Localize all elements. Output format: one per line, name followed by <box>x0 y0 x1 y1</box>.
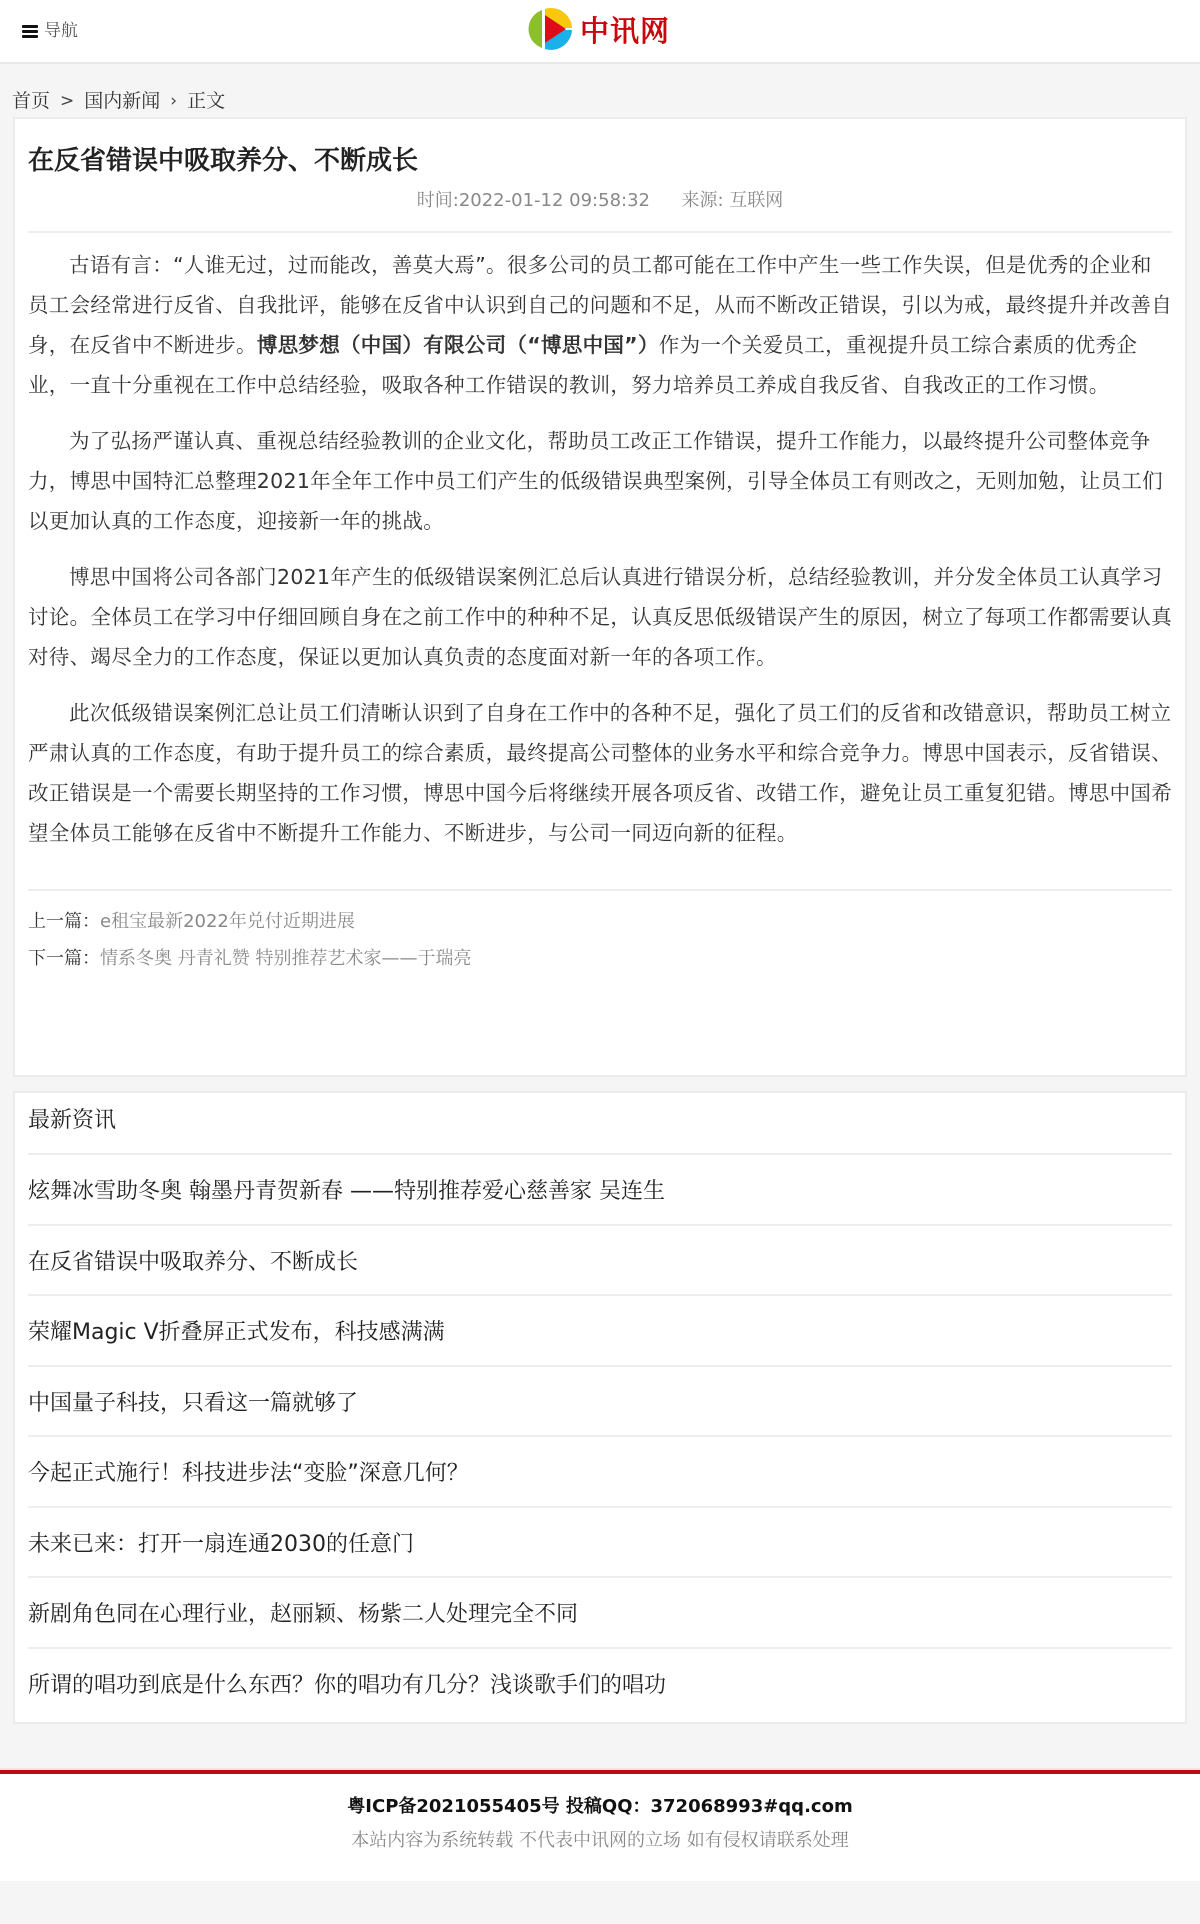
site-footer: 粤ICP备2021055405号 投稿QQ：372068993#qq.com 本… <box>0 1770 1200 1881</box>
article-title: 在反省错误中吸取养分、不断成长 <box>28 119 1172 179</box>
logo-text: 中讯网 <box>580 8 670 54</box>
article-card: 在反省错误中吸取养分、不断成长 时间:2022-01-12 09:58:32 来… <box>13 117 1187 1077</box>
prev-article: 上一篇：e租宝最新2022年兑付近期进展 <box>28 903 1172 940</box>
hamburger-menu-icon <box>22 25 38 38</box>
company-name-bold: 博思梦想（中国）有限公司（“博思中国”） <box>257 333 659 357</box>
prev-next-nav: 上一篇：e租宝最新2022年兑付近期进展 下一篇：情系冬奥 丹青礼赞 特别推荐艺… <box>28 891 1172 977</box>
article-body: 古语有言：“人谁无过，过而能改，善莫大焉”。很多公司的员工都可能在工作中产生一些… <box>28 233 1172 853</box>
news-list-item[interactable]: 今起正式施行！科技进步法“变脸”深意几何？ <box>28 1437 1172 1508</box>
breadcrumb-separator: › <box>168 89 179 113</box>
news-list-item[interactable]: 所谓的唱功到底是什么东西？你的唱功有几分？浅谈歌手们的唱功 <box>28 1649 1172 1720</box>
article-source: 互联网 <box>729 190 783 211</box>
breadcrumb-home[interactable]: 首页 <box>12 89 50 113</box>
latest-news-card: 最新资讯 炫舞冰雪助冬奥 翰墨丹青贺新春 ——特别推荐爱心慈善家 吴连生 在反省… <box>13 1091 1187 1724</box>
time-label: 时间: <box>417 190 459 211</box>
news-list-item[interactable]: 炫舞冰雪助冬奥 翰墨丹青贺新春 ——特别推荐爱心慈善家 吴连生 <box>28 1155 1172 1226</box>
article-paragraph: 古语有言：“人谁无过，过而能改，善莫大焉”。很多公司的员工都可能在工作中产生一些… <box>28 245 1172 405</box>
article-paragraph: 此次低级错误案例汇总让员工们清晰认识到了自身在工作中的各种不足，强化了员工们的反… <box>28 693 1172 853</box>
article-paragraph: 博思中国将公司各部门2021年产生的低级错误案例汇总后认真进行错误分析，总结经验… <box>28 557 1172 677</box>
news-list-item[interactable]: 新剧角色同在心理行业，赵丽颖、杨紫二人处理完全不同 <box>28 1578 1172 1649</box>
nav-toggle-button[interactable]: 导航 <box>22 20 78 42</box>
news-list-item[interactable]: 未来已来：打开一扇连通2030的任意门 <box>28 1508 1172 1579</box>
prev-article-link[interactable]: e租宝最新2022年兑付近期进展 <box>100 911 355 932</box>
publish-time: 2022-01-12 09:58:32 <box>459 190 650 211</box>
footer-disclaimer: 本站内容为系统转载 不代表中讯网的立场 如有侵权请联系处理 <box>0 1828 1200 1854</box>
news-list-item[interactable]: 荣耀Magic V折叠屏正式发布，科技感满满 <box>28 1296 1172 1367</box>
breadcrumb: 首页 > 国内新闻 › 正文 <box>0 64 1200 117</box>
breadcrumb-current: 正文 <box>187 89 225 113</box>
site-header: 导航 中讯网 <box>0 0 1200 64</box>
next-label: 下一篇： <box>28 948 100 969</box>
article-paragraph: 为了弘扬严谨认真、重视总结经验教训的企业文化，帮助员工改正工作错误，提升工作能力… <box>28 421 1172 541</box>
nav-label: 导航 <box>44 20 78 42</box>
article-meta: 时间:2022-01-12 09:58:32 来源: 互联网 <box>28 187 1172 233</box>
prev-label: 上一篇： <box>28 911 100 932</box>
play-logo-icon <box>528 6 574 56</box>
news-list-item[interactable]: 中国量子科技，只看这一篇就够了 <box>28 1367 1172 1438</box>
source-label: 来源: <box>681 190 723 211</box>
next-article-link[interactable]: 情系冬奥 丹青礼赞 特别推荐艺术家——于瑞亮 <box>100 948 471 969</box>
breadcrumb-separator: > <box>58 89 76 113</box>
site-logo-link[interactable]: 中讯网 <box>528 8 670 54</box>
news-list-item[interactable]: 在反省错误中吸取养分、不断成长 <box>28 1226 1172 1297</box>
breadcrumb-domestic-news[interactable]: 国内新闻 <box>84 89 160 113</box>
next-article: 下一篇：情系冬奥 丹青礼赞 特别推荐艺术家——于瑞亮 <box>28 940 1172 977</box>
latest-news-heading: 最新资讯 <box>28 1093 1172 1155</box>
footer-icp-info: 粤ICP备2021055405号 投稿QQ：372068993#qq.com <box>0 1794 1200 1820</box>
